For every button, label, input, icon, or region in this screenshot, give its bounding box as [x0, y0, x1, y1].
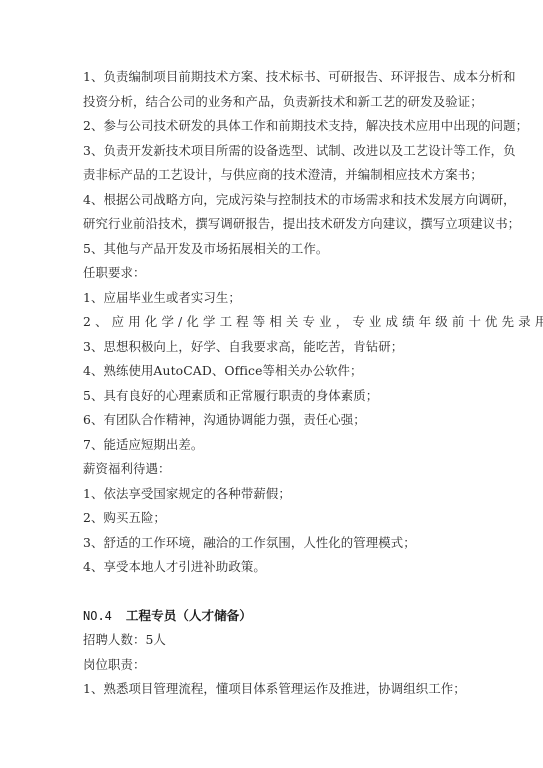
- requirement-item: 1、应届毕业生或者实习生；: [83, 286, 463, 311]
- benefit-item: 3、舒适的工作环境，融洽的工作氛围，人性化的管理模式；: [83, 531, 463, 556]
- position-number: NO.4: [83, 609, 112, 623]
- document-body: 1、负责编制项目前期技术方案、技术标书、可研报告、环评报告、成本分析和 投资分析…: [83, 65, 463, 702]
- document-page: 1、负责编制项目前期技术方案、技术标书、可研报告、环评报告、成本分析和 投资分析…: [0, 0, 543, 768]
- duties-list: 1、负责编制项目前期技术方案、技术标书、可研报告、环评报告、成本分析和 投资分析…: [83, 65, 463, 261]
- benefit-item: 2、购买五险；: [83, 506, 463, 531]
- requirement-item: 5、具有良好的心理素质和正常履行职责的身体素质；: [83, 384, 463, 409]
- requirement-item: 3、思想积极向上，好学、自我要求高，能吃苦，肯钻研；: [83, 335, 463, 360]
- benefits-list: 1、依法享受国家规定的各种带薪假； 2、购买五险； 3、舒适的工作环境，融洽的工…: [83, 482, 463, 580]
- position-heading: NO.4工程专员（人才储备）: [83, 604, 463, 629]
- position-duty-item: 1、熟悉项目管理流程，懂项目体系管理运作及推进，协调组织工作；: [83, 677, 463, 702]
- duty-line: 研究行业前沿技术，撰写调研报告，提出技术研发方向建议，撰写立项建议书；: [83, 212, 463, 237]
- position-title: 工程专员（人才储备）: [126, 608, 252, 623]
- requirements-list: 1、应届毕业生或者实习生； 2、应用化学/化学工程等相关专业，专业成绩年级前十优…: [83, 286, 463, 458]
- requirement-item: 6、有团队合作精神，沟通协调能力强，责任心强；: [83, 408, 463, 433]
- duty-line: 2、参与公司技术研发的具体工作和前期技术支持，解决技术应用中出现的问题；: [83, 114, 463, 139]
- benefits-title: 薪资福利待遇：: [83, 457, 463, 482]
- duty-line: 4、根据公司战略方向，完成污染与控制技术的市场需求和技术发展方向调研，: [83, 188, 463, 213]
- duty-line: 责非标产品的工艺设计，与供应商的技术澄清，并编制相应技术方案书；: [83, 163, 463, 188]
- section-spacer: [83, 580, 463, 604]
- duty-line: 投资分析，结合公司的业务和产品，负责新技术和新工艺的研发及验证；: [83, 90, 463, 115]
- requirement-item: 4、熟练使用AutoCAD、Office等相关办公软件；: [83, 359, 463, 384]
- requirements-title: 任职要求：: [83, 261, 463, 286]
- duty-line: 5、其他与产品开发及市场拓展相关的工作。: [83, 237, 463, 262]
- headcount: 招聘人数：5人: [83, 628, 463, 653]
- position-duties-title: 岗位职责：: [83, 653, 463, 678]
- duty-line: 3、负责开发新技术项目所需的设备选型、试制、改进以及工艺设计等工作，负: [83, 139, 463, 164]
- benefit-item: 4、享受本地人才引进补助政策。: [83, 555, 463, 580]
- duty-line: 1、负责编制项目前期技术方案、技术标书、可研报告、环评报告、成本分析和: [83, 65, 463, 90]
- benefit-item: 1、依法享受国家规定的各种带薪假；: [83, 482, 463, 507]
- requirement-item: 7、能适应短期出差。: [83, 433, 463, 458]
- requirement-item: 2、应用化学/化学工程等相关专业，专业成绩年级前十优先录用；: [83, 310, 463, 335]
